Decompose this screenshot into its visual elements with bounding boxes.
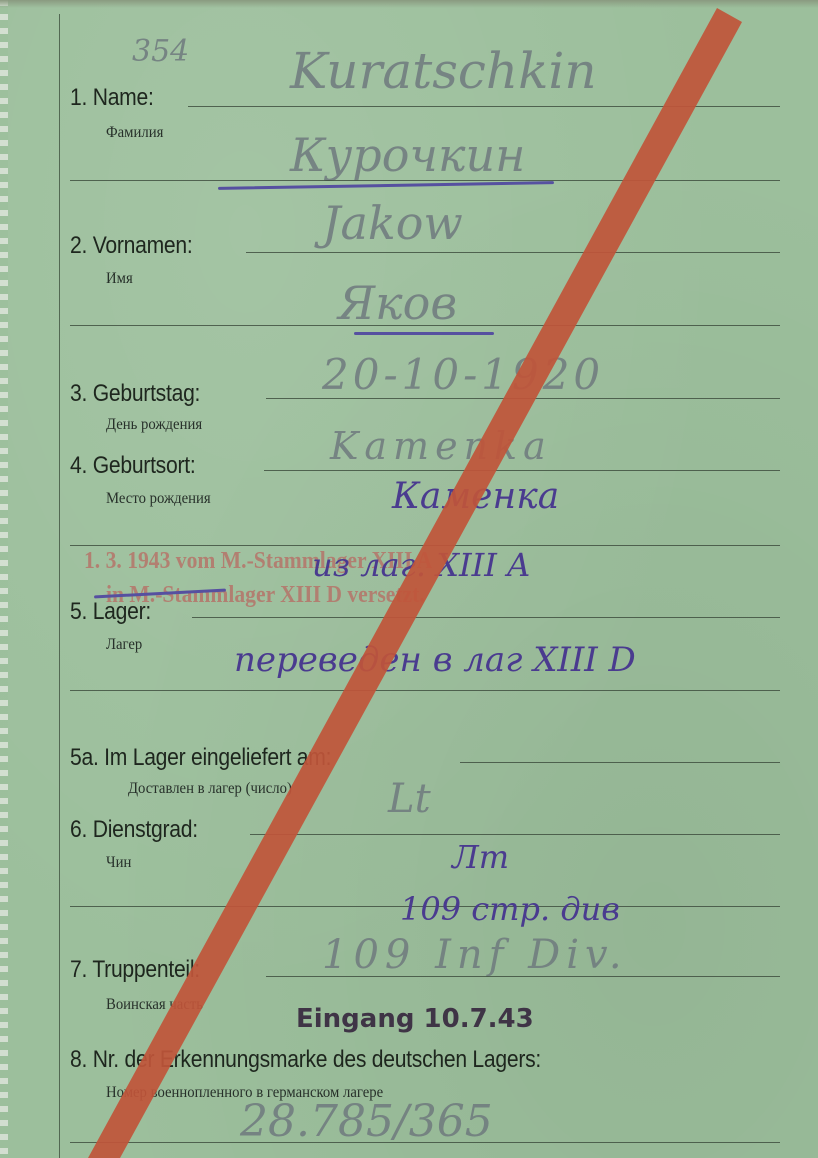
- field-1-line: [188, 106, 780, 107]
- field-5a-value: Lt: [388, 776, 431, 822]
- field-5-label: 5. Lager:: [70, 598, 151, 626]
- field-1-value-cyrillic: Курочкин: [290, 128, 525, 182]
- field-2-value-latin: Jakow: [322, 196, 463, 250]
- field-5a-label: 5a. Im Lager eingeliefert am:: [70, 744, 331, 772]
- field-4-label: 4. Geburtsort:: [70, 452, 195, 480]
- field-7-line: [266, 976, 780, 977]
- received-stamp: Eingang 10.7.43: [296, 1004, 534, 1034]
- field-6-russian-label: Чин: [106, 854, 131, 872]
- field-5a-line: [460, 762, 780, 763]
- pow-registration-card: 354 1. Name: Фамилия Kuratschkin Курочки…: [0, 0, 818, 1158]
- perforated-edge: [0, 0, 8, 1158]
- card-top-edge: [0, 0, 818, 8]
- field-3-label: 3. Geburtstag:: [70, 380, 200, 408]
- field-4-value-cyrillic: Каменка: [392, 476, 559, 517]
- field-6-value: Лт: [452, 838, 509, 876]
- field-1-value-latin: Kuratschkin: [290, 42, 597, 100]
- field-6-line: [250, 834, 780, 835]
- ink-underline: [354, 332, 494, 335]
- field-8-value: 28.785/365: [240, 1096, 493, 1147]
- field-7-value-latin: 109 Inf Div.: [322, 932, 628, 978]
- field-6-label: 6. Dienstgrad:: [70, 816, 198, 844]
- field-8-line: [70, 1142, 780, 1143]
- field-5-line: [192, 617, 780, 618]
- record-number: 354: [132, 34, 189, 69]
- margin-rule: [59, 14, 60, 1158]
- field-3-russian-label: День рождения: [106, 416, 202, 434]
- field-1-line-2: [70, 180, 780, 181]
- field-4-value-latin: Kamenka: [330, 424, 552, 468]
- field-7-russian-label: Воинская часть: [106, 996, 203, 1014]
- field-7-label: 7. Truppenteil:: [70, 956, 200, 984]
- field-2-value-cyrillic: Яков: [338, 276, 457, 330]
- field-2-russian-label: Имя: [106, 270, 133, 288]
- field-2-line-2: [70, 325, 780, 326]
- field-5-russian-label: Лагер: [106, 636, 142, 654]
- field-5-note-2: переведен в лаг XIII D: [234, 640, 636, 680]
- field-3-value: 20-10-1920: [322, 350, 604, 399]
- field-5-note-1: из лаг. XIII A: [312, 546, 530, 584]
- field-5-line-2: [70, 690, 780, 691]
- field-5a-russian-label: Доставлен в лагер (число): [128, 780, 292, 798]
- field-8-label: 8. Nr. der Erkennungsmarke des deutschen…: [70, 1046, 541, 1074]
- field-4-line: [264, 470, 780, 471]
- field-4-russian-label: Место рождения: [106, 490, 211, 508]
- transfer-stamp-line-2: in M.-Stammlager XIII D versetzt.: [106, 582, 425, 609]
- field-1-russian-label: Фамилия: [106, 124, 163, 142]
- field-2-line: [246, 252, 780, 253]
- ink-underline: [218, 181, 554, 190]
- field-1-label: 1. Name:: [70, 84, 154, 112]
- field-7-value-cyrillic: 109 стр. див: [400, 890, 620, 928]
- field-2-label: 2. Vornamen:: [70, 232, 192, 260]
